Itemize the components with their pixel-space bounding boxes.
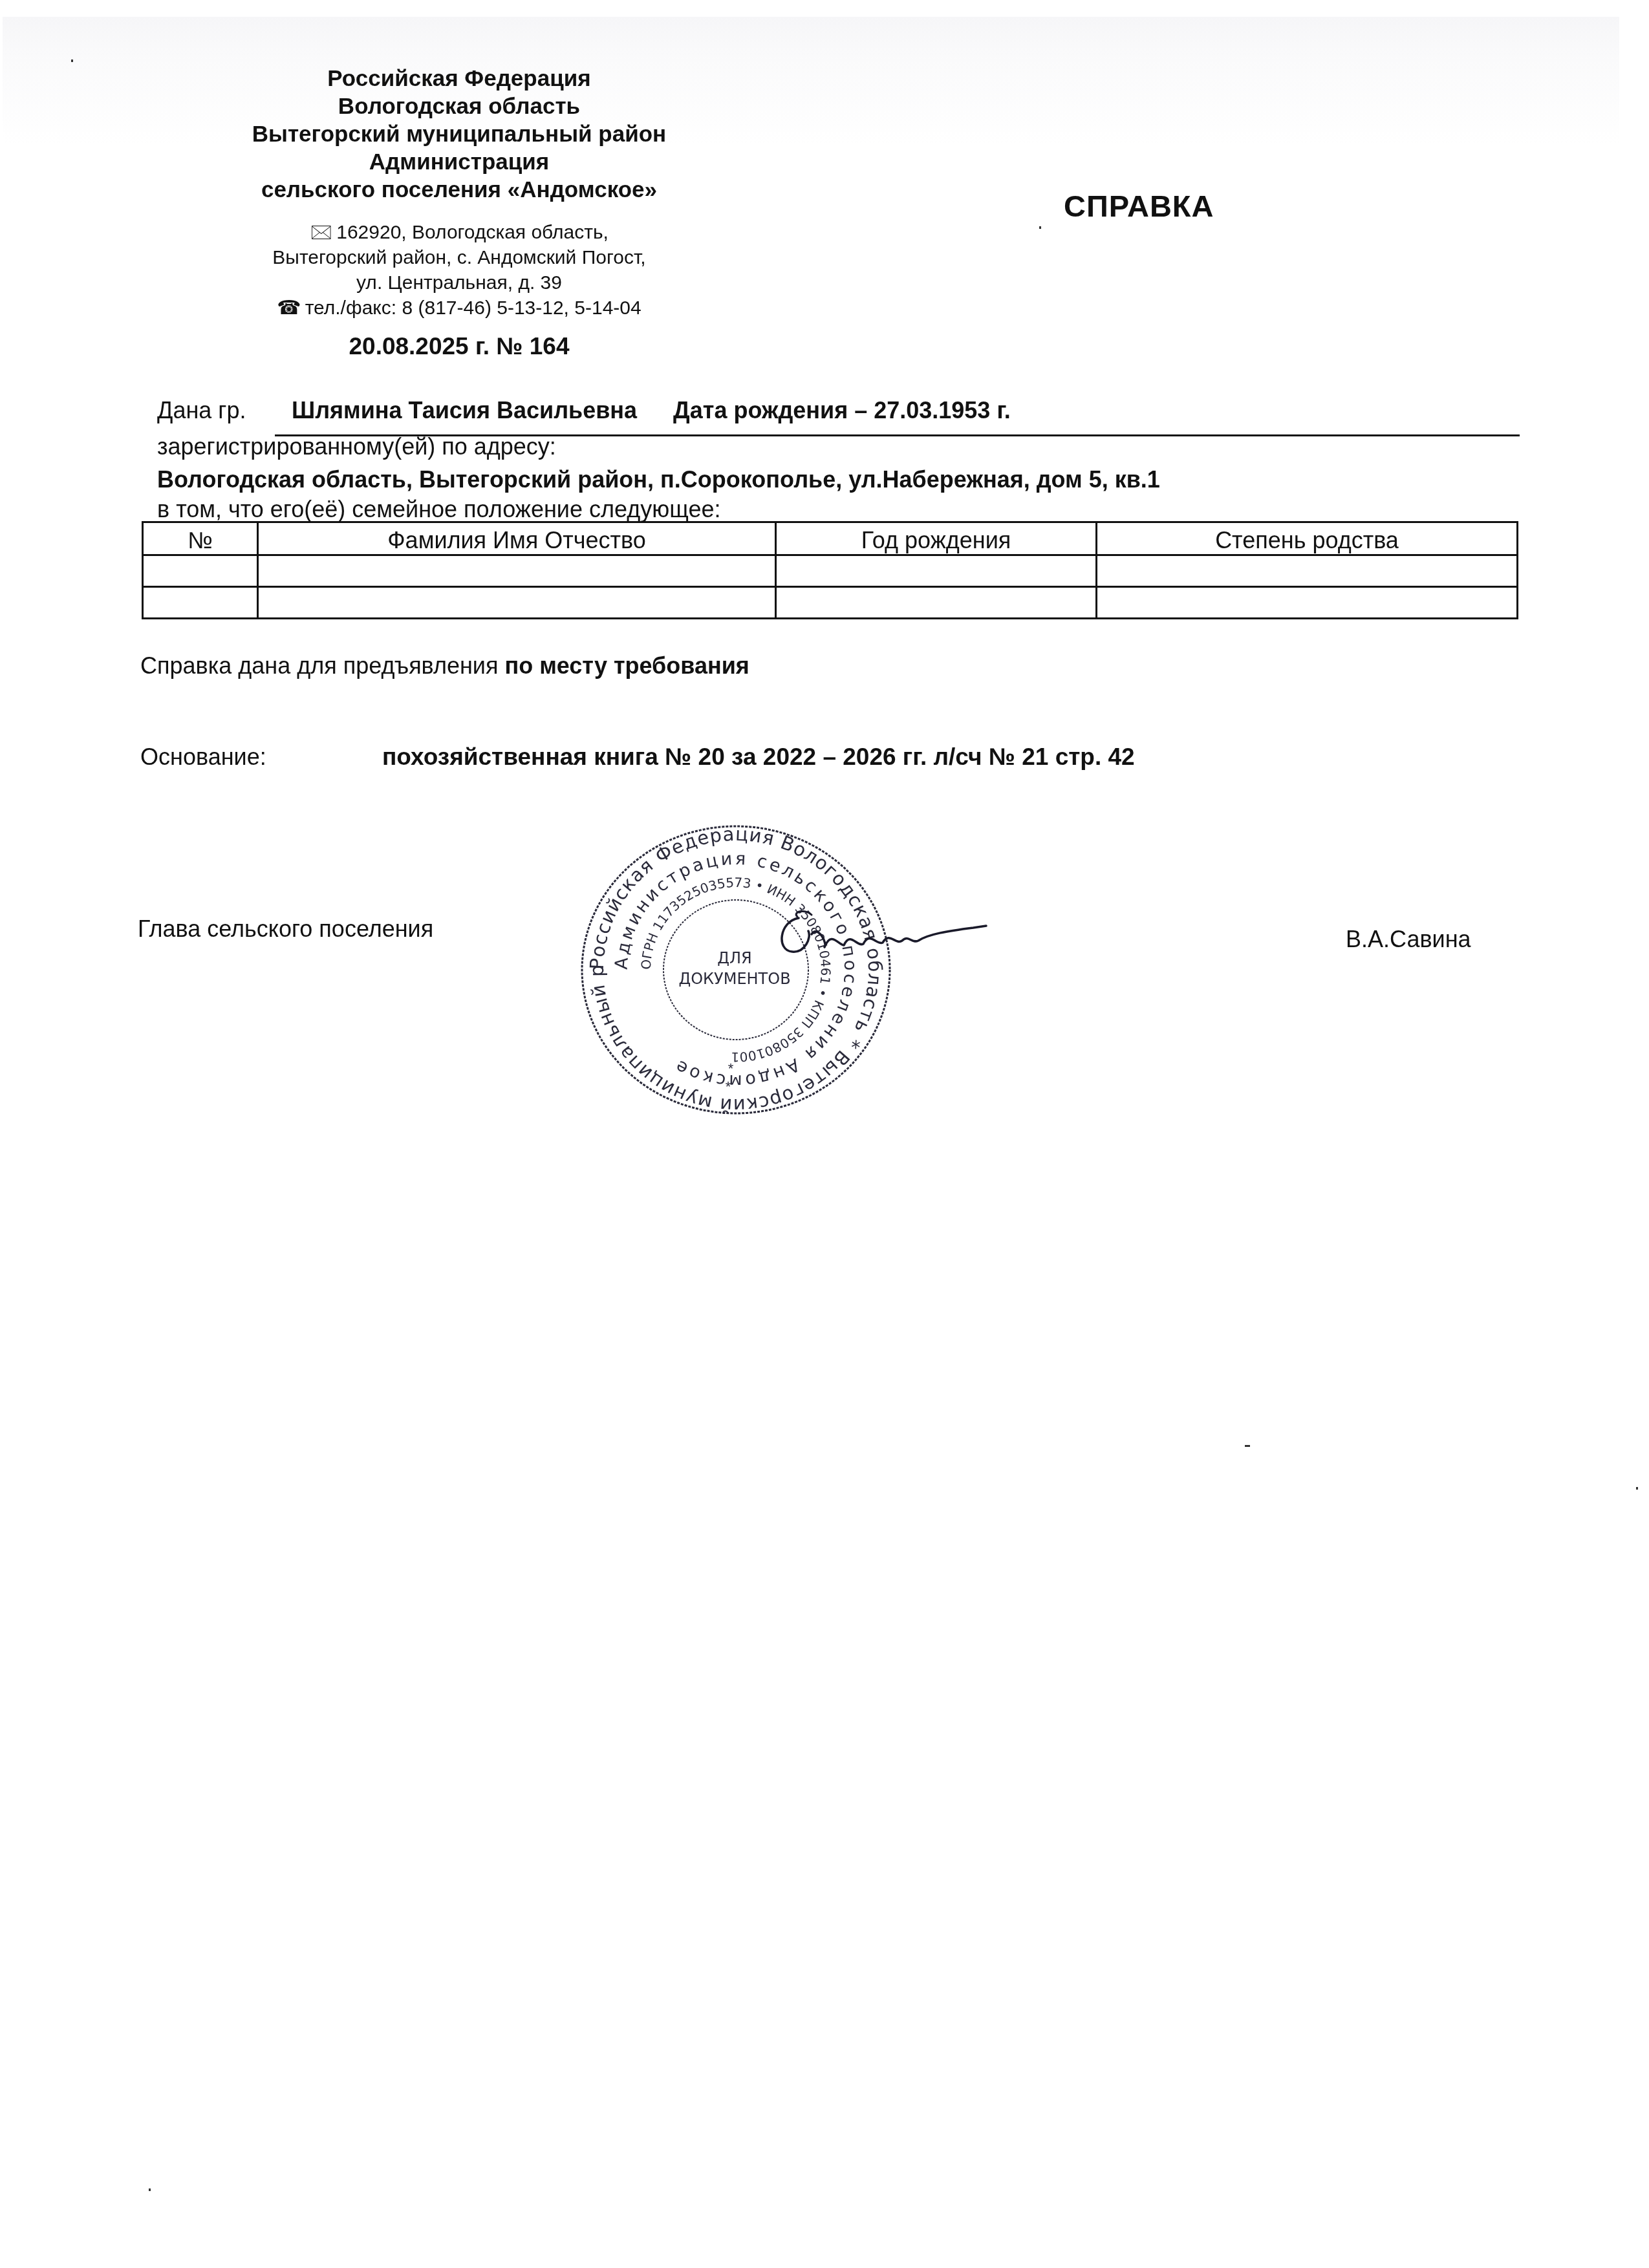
registered-address: Вологодская область, Вытегорский район, …: [157, 466, 1160, 493]
column-full-name: Фамилия Имя Отчество: [258, 522, 776, 555]
signer-name: В.А.Савина: [1346, 926, 1471, 953]
mail-icon: 🖂: [310, 222, 332, 243]
basis-value: похозяйственная книга № 20 за 2022 – 202…: [382, 744, 1135, 771]
table-cell: [258, 587, 776, 619]
scan-speck: [1039, 226, 1041, 229]
registered-label: зарегистрированному(ей) по адресу:: [157, 433, 556, 460]
scan-speck: [149, 2188, 151, 2191]
family-intro: в том, что его(её) семейное положение сл…: [157, 496, 720, 523]
column-birth-year: Год рождения: [776, 522, 1097, 555]
org-line-administration: Администрация: [181, 148, 737, 176]
column-relationship: Степень родства: [1097, 522, 1518, 555]
document-title: СПРАВКА: [1064, 188, 1214, 224]
org-line-district: Вытегорский муниципальный район: [181, 120, 737, 148]
table-header-row: № Фамилия Имя Отчество Год рождения Степ…: [143, 522, 1518, 555]
purpose-line: Справка дана для предъявления по месту т…: [140, 652, 749, 679]
stamp-center-line-2: ДОКУМЕНТОВ: [678, 970, 790, 988]
handwritten-signature: [773, 905, 1031, 963]
address-line-3: ул. Центральная, д. 39: [194, 270, 724, 295]
table-row: [143, 555, 1518, 587]
table-cell: [258, 555, 776, 587]
official-stamp: Российская Федерация Вологодская область…: [574, 821, 898, 1118]
organization-address: 🖂162920, Вологодская область, Вытегорски…: [194, 220, 724, 321]
family-table: № Фамилия Имя Отчество Год рождения Степ…: [142, 521, 1518, 619]
org-line-region: Вологодская область: [181, 92, 737, 120]
org-line-settlement: сельского поселения «Андомское»: [181, 176, 737, 204]
signer-role: Глава сельского поселения: [138, 915, 433, 943]
address-line-1: 162920, Вологодская область,: [336, 222, 609, 243]
document-date-number: 20.08.2025 г. № 164: [194, 333, 724, 360]
table-cell: [1097, 587, 1518, 619]
table-cell: [1097, 555, 1518, 587]
scan-speck: [1636, 1487, 1638, 1490]
scan-speck: [71, 59, 73, 62]
column-number: №: [143, 522, 258, 555]
table-row: [143, 587, 1518, 619]
table-cell: [143, 555, 258, 587]
table-cell: [143, 587, 258, 619]
given-to-line: Дана гр.Шлямина Таисия ВасильевнаДата ро…: [157, 397, 1011, 424]
purpose-target: по месту требования: [504, 652, 749, 679]
star-icon: *: [726, 1078, 731, 1095]
table-cell: [776, 555, 1097, 587]
stamp-center-line-1: ДЛЯ: [717, 949, 751, 967]
address-line-2: Вытегорский район, с. Андомский Погост,: [194, 245, 724, 270]
phone-fax-line: тел./факс: 8 (817-46) 5-13-12, 5-14-04: [305, 297, 641, 319]
org-line-country: Российская Федерация: [181, 65, 737, 92]
given-to-label: Дана гр.: [157, 397, 292, 424]
person-name: Шлямина Таисия Васильевна: [292, 397, 637, 423]
birth-date: Дата рождения – 27.03.1953 г.: [673, 397, 1011, 423]
basis-label: Основание:: [140, 744, 266, 771]
phone-icon: ☎: [277, 297, 301, 319]
organization-header: Российская Федерация Вологодская область…: [181, 65, 737, 204]
scan-speck: [1245, 1445, 1250, 1447]
purpose-prefix: Справка дана для предъявления: [140, 652, 504, 679]
table-cell: [776, 587, 1097, 619]
star-icon: *: [728, 1060, 734, 1076]
